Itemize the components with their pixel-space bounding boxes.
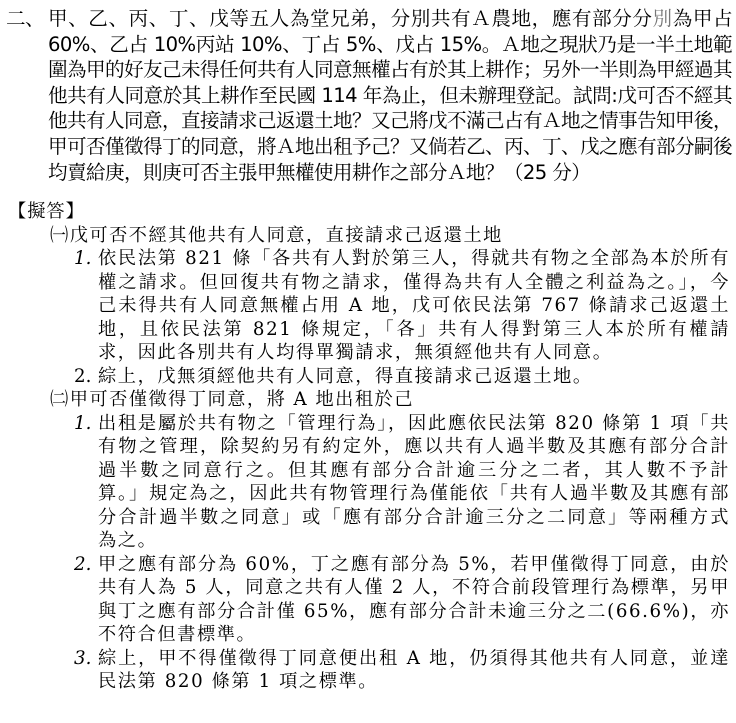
exam-question: 二、 甲、乙、丙、丁、戊等五人為堂兄弟，分別共有Ａ農地，應有部分分別為甲占 60… (6, 6, 732, 185)
answer-item: 2. 甲之應有部分為 60%，丁之應有部分為 5%，若甲僅徵得丁同意，由於共有人… (74, 553, 730, 647)
model-answer: 【擬答】 ㈠戊可否不經其他共有人同意，直接請求己返還土地 1. 依民法第 821… (8, 200, 730, 694)
question-grey-char: 別 (653, 7, 673, 30)
item-text: 出租是屬於共有物之「管理行為」，因此應依民法第 820 條第 1 項「共有物之管… (98, 413, 730, 552)
item-label: 2. (74, 365, 91, 389)
answer-item: 1. 依民法第 821 條「各共有人對於第三人，得就共有物之全部為本於所有權之請… (74, 247, 730, 365)
item-label: 1. (74, 247, 91, 271)
section-label: ㈡ (50, 389, 70, 410)
item-label: 1. (74, 412, 91, 436)
answer-heading: 【擬答】 (8, 200, 730, 224)
item-text: 甲之應有部分為 60%，丁之應有部分為 5%，若甲僅徵得丁同意，由於共有人為 5… (98, 554, 730, 646)
answer-item: 1. 出租是屬於共有物之「管理行為」，因此應依民法第 820 條第 1 項「共有… (74, 412, 730, 553)
item-text: 綜上，戊無須經他共有人同意，得直接請求己返還土地。 (98, 366, 593, 387)
question-text-part-2: 為甲占 60%、乙占 10%丙站 10%、丁占 5%、戊占 15%。Ａ地之現狀乃… (48, 7, 732, 184)
answer-section-2-title: ㈡甲可否僅徵得丁同意，將 A 地出租於己 (50, 388, 730, 412)
item-text: 綜上，甲不得僅徵得丁同意便出租 A 地，仍須得其他共有人同意，並達民法第 820… (98, 648, 730, 693)
section-title: 甲可否僅徵得丁同意，將 A 地出租於己 (70, 389, 414, 410)
answer-section-1-title: ㈠戊可否不經其他共有人同意，直接請求己返還土地 (50, 224, 730, 248)
section-title: 戊可否不經其他共有人同意，直接請求己返還土地 (70, 225, 503, 246)
question-text-part-1: 甲、乙、丙、丁、戊等五人為堂兄弟，分別共有Ａ農地，應有部分分 (48, 7, 653, 30)
item-text: 依民法第 821 條「各共有人對於第三人，得就共有物之全部為本於所有權之請求。但… (98, 248, 730, 363)
answer-item: 3. 綜上，甲不得僅徵得丁同意便出租 A 地，仍須得其他共有人同意，並達民法第 … (74, 647, 730, 694)
answer-item: 2. 綜上，戊無須經他共有人同意，得直接請求己返還土地。 (74, 365, 730, 389)
item-label: 2. (74, 553, 91, 577)
question-text: 甲、乙、丙、丁、戊等五人為堂兄弟，分別共有Ａ農地，應有部分分別為甲占 60%、乙… (48, 6, 732, 185)
item-label: 3. (74, 647, 91, 671)
section-label: ㈠ (50, 225, 70, 246)
question-number: 二、 (6, 6, 44, 32)
